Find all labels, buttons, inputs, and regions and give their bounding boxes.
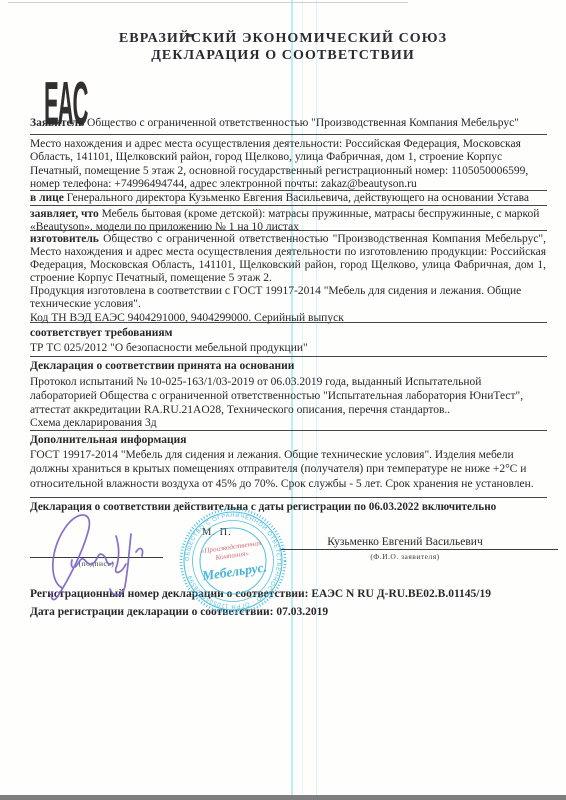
in-person-row: в лице Генерального директора Кузьменко … (30, 192, 529, 205)
manufacturer-label: изготовитель (30, 233, 99, 245)
basis-heading: Декларация о соответствии принята на осн… (30, 360, 294, 373)
section-divider (30, 230, 547, 231)
section-divider (30, 134, 547, 135)
stamp-rings (181, 509, 285, 613)
complies-value: ТР ТС 025/2012 "О безопасности мебельной… (30, 342, 308, 355)
manufacturer-row: изготовитель Общество с ограниченной отв… (30, 233, 546, 285)
complies-heading: соответствует требованиям (30, 327, 172, 340)
union-title: ЕВРАЗИЙСКИЙ ЭКОНОМИЧЕСКИЙ СОЮЗ (0, 31, 566, 47)
in-person-value: Генерального директора Кузьменко Евгения… (67, 192, 529, 204)
section-divider (30, 356, 547, 357)
name-line (280, 549, 558, 550)
stamp-ring-text: ОБЩЕСТВО С ОГРАНИЧЕННОЙ ОТВЕТСТВЕННОСТЬЮ… (185, 513, 281, 609)
applicant-label: Заявитель (30, 117, 84, 129)
document-title: ДЕКЛАРАЦИЯ О СООТВЕТСТВИИ (0, 48, 566, 64)
declares-label: заявляет, что (30, 208, 99, 220)
basis-value: Протокол испытаний № 10-025-163/1/03-201… (30, 375, 535, 417)
applicant-address: Место нахождения и адрес места осуществл… (30, 138, 546, 192)
made-per-gost: Продукция изготовлена в соответствии с Г… (30, 285, 546, 312)
applicant-row: Заявитель Общество с ограниченной ответс… (30, 117, 519, 130)
additional-info: ГОСТ 19917-2014 "Мебель для сидения и ле… (30, 448, 546, 491)
tn-ved-code: Код ТН ВЭД ЕАЭС 9404291000, 9404299000. … (30, 312, 344, 325)
registration-number-value: ЕАЭС N RU Д-RU.BE02.B.01145/19 (311, 588, 491, 600)
eac-logo: EAC (44, 72, 134, 118)
stamp-brand: Мебельрус. (200, 559, 268, 583)
handwritten-signature (28, 496, 178, 604)
scan-edge-bottom (0, 795, 566, 800)
name-caption: (Ф.И.О. заявителя) (280, 552, 530, 561)
section-divider (30, 322, 547, 323)
section-divider (30, 190, 547, 191)
declaration-document: ЕВРАЗИЙСКИЙ ЭКОНОМИЧЕСКИЙ СОЮЗ ДЕКЛАРАЦИ… (0, 0, 566, 800)
in-person-label: в лице (30, 192, 64, 204)
company-stamp: ОБЩЕСТВО С ОГРАНИЧЕННОЙ ОТВЕТСТВЕННОСТЬЮ… (176, 504, 290, 618)
additional-heading: Дополнительная информация (30, 434, 187, 447)
section-divider (30, 430, 547, 431)
signatory-name: Кузьменко Евгений Васильевич (280, 536, 530, 549)
applicant-value: Общество с ограниченной ответственностью… (87, 117, 519, 129)
scan-edge-top (8, 2, 408, 3)
declaration-scheme: Схема декларирования 3д (30, 417, 157, 430)
section-divider (30, 205, 547, 206)
manufacturer-value: Общество с ограниченной ответственностью… (30, 233, 546, 284)
